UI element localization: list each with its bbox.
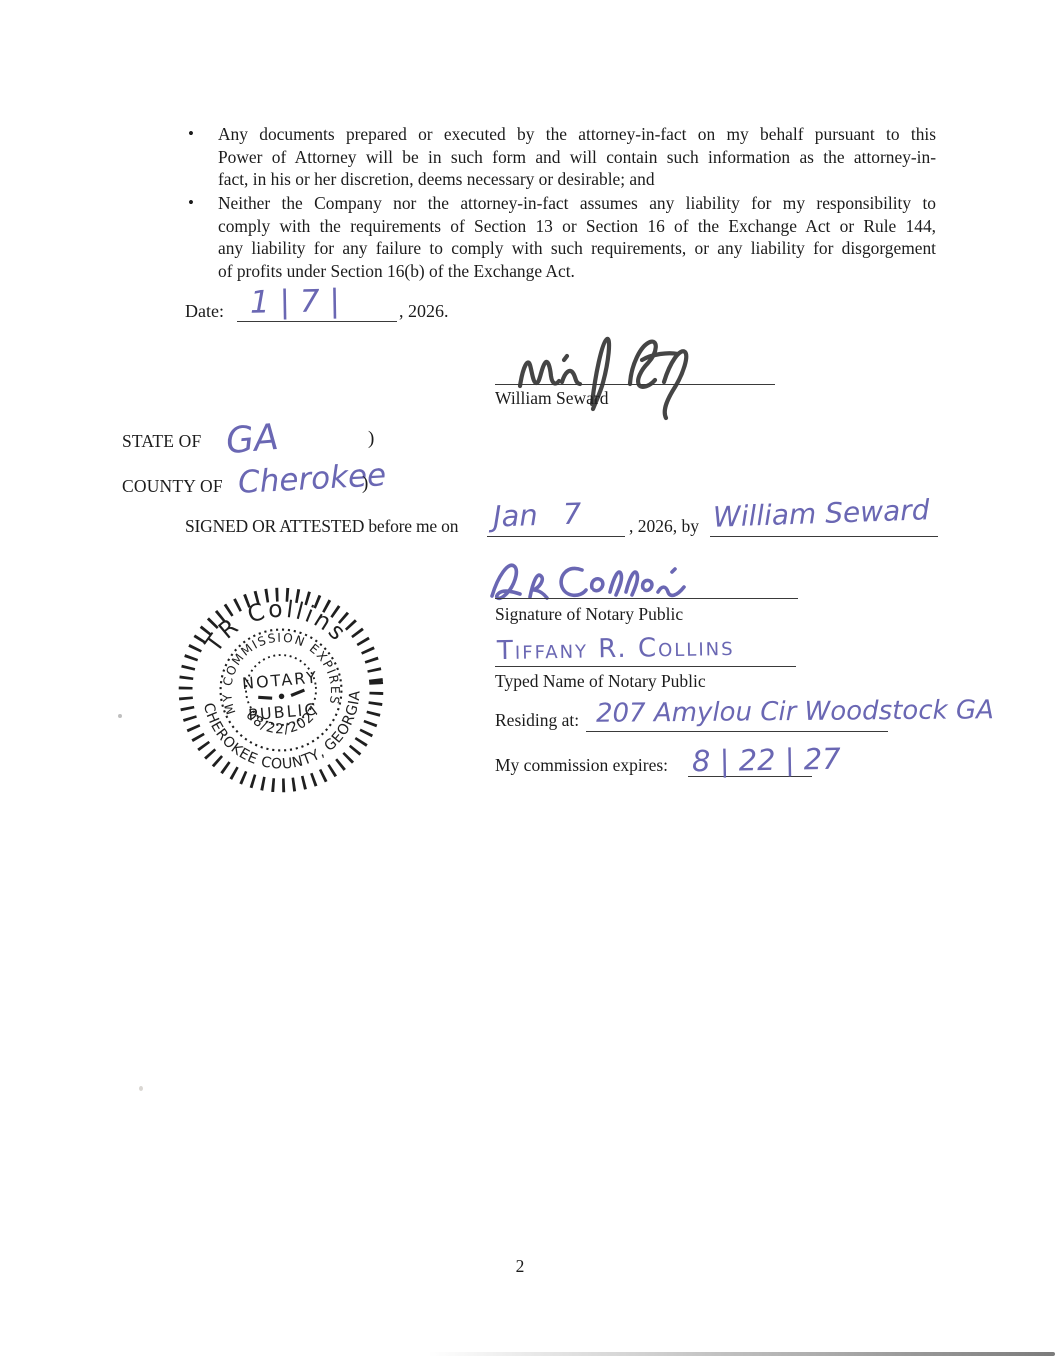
svg-text:TR Collins: TR Collins: [196, 589, 354, 659]
bullet1-line2: Power of Attorney will be in such form a…: [218, 146, 936, 169]
handwritten-residing-address: 207 Amylou Cir Woodstock GA: [596, 695, 994, 728]
handwritten-attestation-name: William Seward: [712, 493, 930, 534]
stamp-ornament-dash-left: [258, 696, 272, 699]
county-paren: ): [362, 473, 368, 495]
stamp-notary-name: TR Collins: [196, 589, 354, 659]
notary-seal-stamp: TR Collins CHEROKEE COUNTY, GEORGIA MY C…: [166, 575, 396, 805]
principal-typed-name: William Seward: [495, 388, 609, 409]
handwritten-state: GA: [224, 417, 280, 462]
attestation-prefix: SIGNED OR ATTESTED before me on: [185, 516, 458, 537]
bullet2-line2: comply with the requirements of Section …: [218, 215, 936, 238]
scan-speck: [139, 1086, 143, 1091]
bullet2-line3: any liability for any failure to comply …: [218, 237, 936, 260]
state-of-label: STATE OF: [122, 431, 201, 452]
date-underline: [237, 321, 397, 322]
handwritten-notary-name: Tiffany R. Collins: [497, 632, 735, 666]
handwritten-date-day: 1 | 7 |: [250, 283, 341, 321]
document-page: • Any documents prepared or executed by …: [0, 0, 1055, 1365]
notary-signature-label: Signature of Notary Public: [495, 604, 683, 625]
page-number: 2: [0, 1256, 1040, 1277]
county-of-label: COUNTY OF: [122, 476, 223, 497]
residing-label: Residing at:: [495, 710, 579, 731]
stamp-ornament-dash-right: [291, 690, 305, 695]
residing-underline: [586, 731, 888, 732]
handwritten-commission-date: 8 | 22 | 27: [692, 742, 841, 779]
attestation-middle: , 2026, by: [629, 516, 699, 537]
bullet2-line4: of profits under Section 16(b) of the Ex…: [218, 260, 936, 283]
stamp-ornament-dot: [279, 693, 285, 699]
notary-signature-line: [495, 598, 798, 599]
bullet-marker: •: [188, 193, 194, 213]
bullet-marker: •: [188, 124, 194, 144]
handwritten-attestation-date: Jan 7: [492, 496, 582, 533]
bullet2-line1: Neither the Company nor the attorney-in-…: [218, 192, 936, 215]
bullet1-line3: fact, in his or her discretion, deems ne…: [218, 168, 936, 191]
stamp-notary-word: NOTARY: [241, 668, 319, 694]
commission-expires-label: My commission expires:: [495, 755, 668, 776]
bullet-item-2: • Neither the Company nor the attorney-i…: [186, 192, 938, 282]
date-year-suffix: , 2026.: [399, 301, 449, 322]
scan-edge-shadow: [428, 1352, 1055, 1356]
notary-typed-name-label: Typed Name of Notary Public: [495, 671, 706, 692]
notary-typed-name-line: [495, 666, 796, 667]
state-paren: ): [368, 428, 374, 450]
bullet-item-1: • Any documents prepared or executed by …: [186, 123, 938, 191]
bullet1-line1: Any documents prepared or executed by th…: [218, 123, 936, 146]
date-label: Date:: [185, 301, 224, 322]
attestation-date-underline: [487, 536, 625, 537]
attestation-name-underline: [710, 536, 938, 537]
principal-signature-line: [495, 384, 775, 385]
scan-speck: [118, 714, 122, 718]
